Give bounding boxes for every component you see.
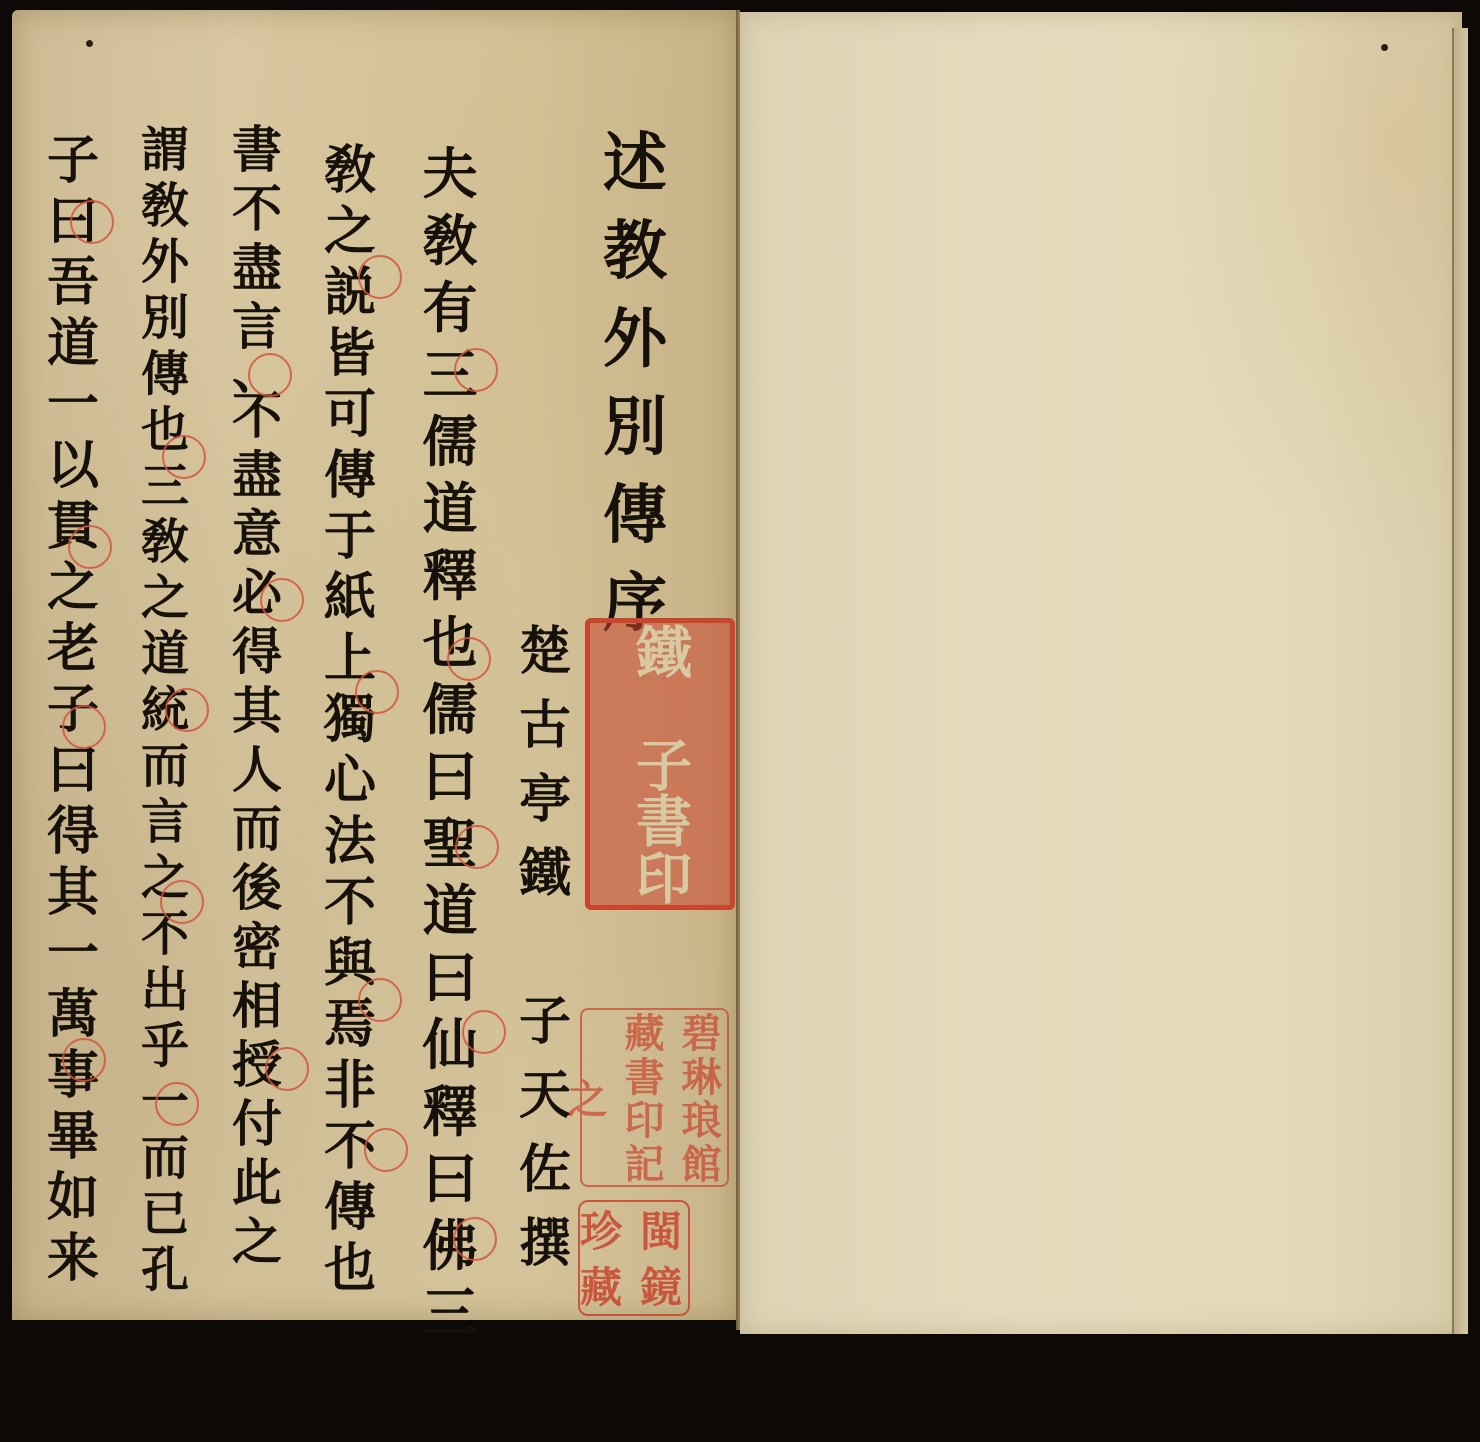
seal-char: 鏡: [628, 1265, 688, 1307]
text-char: 萬: [47, 984, 99, 1045]
seal-char: 藏: [613, 1012, 670, 1052]
text-char: 敎: [141, 178, 189, 234]
seal-char: 珍: [568, 1209, 628, 1251]
text-char: 三: [422, 1279, 477, 1346]
punctuation-circle: [462, 1010, 506, 1054]
document-title: 述 教 外 別 傳 序: [590, 120, 680, 648]
text-char: 後: [232, 858, 282, 917]
punctuation-circle: [68, 525, 112, 569]
author-char: 古: [519, 689, 571, 763]
collector-seal-large: 碧 琳 琅 館 藏 書 印 記 之: [580, 1008, 729, 1187]
text-char: 曰: [422, 1145, 477, 1212]
text-char: 道: [47, 313, 99, 374]
text-char: 于: [324, 506, 376, 567]
text-char: 以: [47, 435, 99, 496]
text-char: 孔: [141, 1242, 189, 1298]
seal-char: 碧: [670, 1012, 727, 1052]
text-char: 不: [324, 872, 376, 933]
text-char: 儒: [422, 408, 477, 475]
seal-char: 館: [670, 1143, 727, 1183]
punctuation-circle: [260, 578, 304, 622]
wormhole-mark: [1381, 44, 1388, 51]
text-char: 一: [47, 374, 99, 435]
text-char: 此: [232, 1153, 282, 1212]
text-char: 傳: [324, 445, 376, 506]
text-char: 釋: [422, 1078, 477, 1145]
text-char: 盡: [232, 238, 282, 297]
punctuation-circle: [454, 348, 498, 392]
text-char: 而: [141, 1130, 189, 1186]
text-char: 敎: [422, 207, 477, 274]
text-char: 畢: [47, 1106, 99, 1167]
page-edge: [1452, 28, 1468, 1334]
text-char: 言: [141, 794, 189, 850]
seal-char: 書: [620, 792, 700, 848]
punctuation-circle: [162, 435, 206, 479]
seal-char: 藏: [568, 1265, 628, 1307]
seal-char: 琅: [670, 1099, 727, 1139]
text-char: 釋: [422, 542, 477, 609]
text-char: 心: [324, 750, 376, 811]
punctuation-circle: [155, 1082, 199, 1126]
author-char: 撰: [519, 1207, 571, 1281]
text-char: 紙: [324, 567, 376, 628]
text-char: 相: [232, 976, 282, 1035]
text-char: 而: [232, 799, 282, 858]
text-char: 敎: [141, 514, 189, 570]
text-char: 道: [141, 626, 189, 682]
text-column-2: 敎 之 説 皆 可 傳 于 紙 上 獨 心 法 不 與 焉 非 不 傳 也: [305, 140, 395, 1299]
punctuation-circle: [62, 1038, 106, 1082]
text-char: 儒: [422, 676, 477, 743]
title-char: 外: [603, 296, 667, 384]
wormhole-mark: [86, 40, 93, 47]
seal-char: 書: [613, 1056, 670, 1096]
text-char: 非: [324, 1055, 376, 1116]
seal-char: 印: [613, 1099, 670, 1139]
text-char: 如: [47, 1167, 99, 1228]
seal-char: 琳: [670, 1056, 727, 1096]
text-char: 不: [232, 179, 282, 238]
text-char: 出: [141, 962, 189, 1018]
author-char: 子: [519, 985, 571, 1059]
seal-char: 記: [613, 1143, 670, 1183]
text-char: 来: [47, 1228, 99, 1289]
seal-char: 閩: [628, 1209, 688, 1251]
seal-char: 之: [556, 1078, 613, 1118]
text-char: 密: [232, 917, 282, 976]
punctuation-circle: [165, 688, 209, 732]
title-char: 教: [603, 208, 667, 296]
text-char: 也: [324, 1238, 376, 1299]
author-char: 鐵: [519, 837, 571, 911]
title-char: 別: [603, 384, 667, 472]
text-char: 有: [422, 274, 477, 341]
title-char: 述: [603, 120, 667, 208]
text-char: 曰: [422, 743, 477, 810]
text-char: 別: [141, 290, 189, 346]
text-char: 曰: [47, 740, 99, 801]
text-char: 道: [422, 475, 477, 542]
text-char: 之: [324, 201, 376, 262]
text-char: 付: [232, 1094, 282, 1153]
text-char: 法: [324, 811, 376, 872]
right-page-blank: [740, 12, 1462, 1334]
text-column-3: 書 不 盡 言 、 不 盡 意 必 得 其 人 而 後 密 相 授 付 此 之: [212, 120, 302, 1271]
seal-char: 子: [620, 736, 700, 792]
text-char: 乎: [141, 1018, 189, 1074]
text-char: 其: [232, 681, 282, 740]
text-char: 吾: [47, 252, 99, 313]
text-char: 謂: [141, 122, 189, 178]
author-line: 楚 古 亭 鐵 𨈒 子 天 佐 撰: [505, 615, 585, 1281]
text-char: 書: [232, 120, 282, 179]
text-char: 人: [232, 740, 282, 799]
red-seal-author: 鐵 𨈒 子 書 印: [585, 618, 735, 910]
text-char: 得: [232, 622, 282, 681]
text-char: 子: [47, 130, 99, 191]
text-char: 盡: [232, 445, 282, 504]
text-char: 意: [232, 504, 282, 563]
text-char: 一: [47, 923, 99, 984]
text-char: 敎: [324, 140, 376, 201]
text-char: 之: [141, 570, 189, 626]
text-char: 其: [47, 862, 99, 923]
punctuation-circle: [447, 637, 491, 681]
text-char: 道: [422, 877, 477, 944]
text-char: 夫: [422, 140, 477, 207]
punctuation-circle: [358, 255, 402, 299]
text-char: 曰: [422, 944, 477, 1011]
seal-char: 鐵: [620, 623, 700, 679]
punctuation-circle: [364, 1128, 408, 1172]
punctuation-circle: [358, 978, 402, 1022]
title-char: 傳: [603, 472, 667, 560]
author-char: 亭: [519, 763, 571, 837]
punctuation-circle: [453, 1217, 497, 1261]
text-column-1: 夫 敎 有 三 儒 道 釋 也 儒 曰 聖 道 曰 仙 釋 曰 佛 三: [405, 140, 495, 1346]
collector-seal-small: 閩 鏡 珍 藏: [578, 1200, 690, 1316]
text-char: 而: [141, 738, 189, 794]
text-char: 可: [324, 384, 376, 445]
text-char: 皆: [324, 323, 376, 384]
text-char: 已: [141, 1186, 189, 1242]
punctuation-circle: [70, 200, 114, 244]
text-char: 得: [47, 801, 99, 862]
author-char: 佐: [519, 1133, 571, 1207]
text-char: 傳: [324, 1177, 376, 1238]
punctuation-circle: [355, 670, 399, 714]
punctuation-circle: [265, 1047, 309, 1091]
text-char: 外: [141, 234, 189, 290]
text-char: 傳: [141, 346, 189, 402]
seal-char: 印: [620, 849, 700, 905]
punctuation-circle: [62, 705, 106, 749]
text-char: 之: [232, 1212, 282, 1271]
text-char: 老: [47, 618, 99, 679]
punctuation-circle: [248, 353, 292, 397]
seal-char: 𨈒: [627, 680, 693, 736]
punctuation-circle: [160, 880, 204, 924]
author-char: 楚: [519, 615, 571, 689]
punctuation-circle: [455, 825, 499, 869]
